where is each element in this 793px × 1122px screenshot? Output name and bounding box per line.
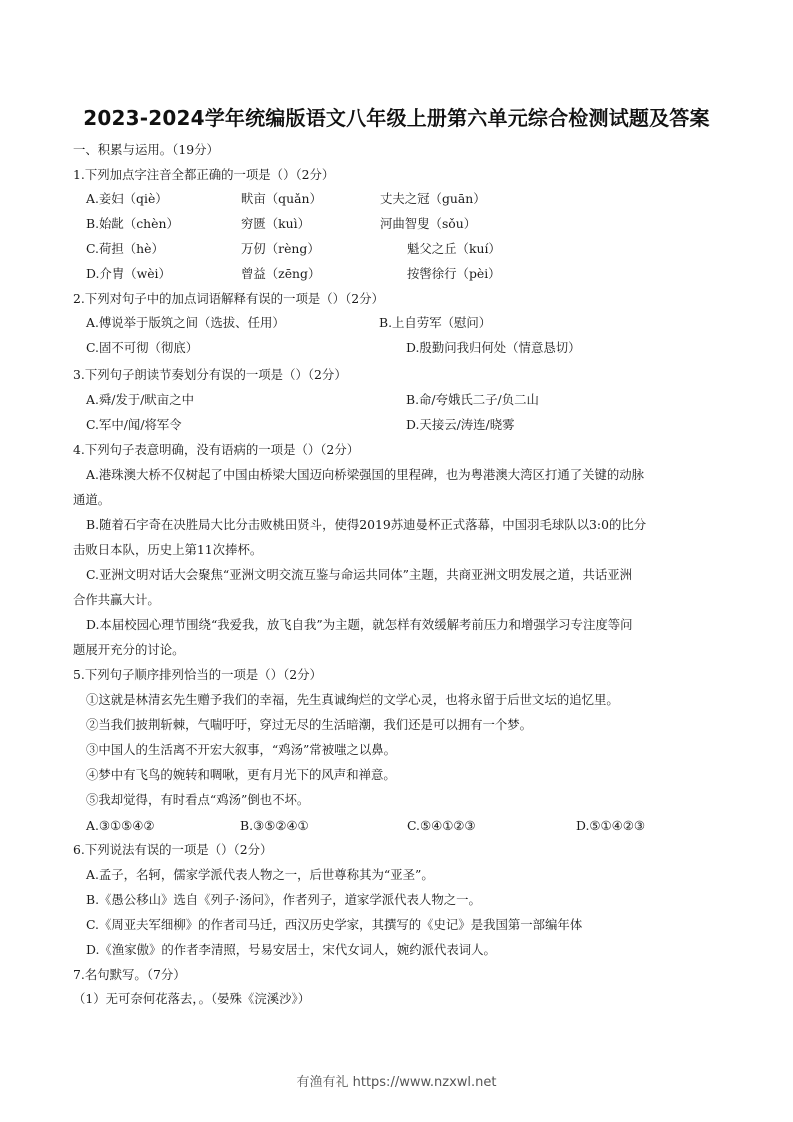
q1-option-a-3: 丈夫之冠（guān） — [380, 191, 486, 207]
q5-option-d: D.⑤①④②③ — [576, 818, 645, 834]
q4-option-c-cont: 合作共赢大计。 — [73, 592, 160, 608]
q1-row-d: D.介胄（wèi） 曾益（zēng） 按辔徐行（pèi） — [86, 266, 746, 282]
q1-option-c-2: 万仞（rèng） — [241, 241, 320, 257]
q1-option-a: A.妾妇（qiè） — [86, 191, 168, 207]
q5-sentence-2: ②当我们披荆斩棘，气喘吁吁，穿过无尽的生活暗潮，我们还是可以拥有一个梦。 — [86, 717, 532, 733]
q2-option-d: D.殷勤问我归何处（情意恳切） — [406, 340, 581, 356]
q4-option-c: C.亚洲文明对话大会聚焦“亚洲文明交流互鉴与命运共同体”主题，共商亚洲文明发展之… — [86, 567, 632, 583]
q5-sentence-1: ①这就是林清玄先生赠予我们的幸福，先生真诚绚烂的文学心灵，也将永留于后世文坛的追… — [86, 692, 619, 708]
q3-option-c: C.军中/闻/将军令 — [86, 417, 182, 433]
question-6-stem: 6.下列说法有误的一项是（）（2分） — [73, 842, 272, 858]
question-4-stem: 4.下列句子表意明确，没有语病的一项是（）（2分） — [73, 442, 359, 458]
question-5-stem: 5.下列句子顺序排列恰当的一项是（）（2分） — [73, 667, 322, 683]
q1-option-b: B.始龀（chèn） — [86, 216, 179, 232]
q1-option-c: C.荷担（hè） — [86, 241, 164, 257]
q6-option-d: D.《渔家傲》的作者李清照，号易安居士，宋代女词人，婉约派代表词人。 — [86, 942, 496, 958]
q1-row-c: C.荷担（hè） 万仞（rèng） 魁父之丘（kuí） — [86, 241, 746, 257]
q5-sentence-3: ③中国人的生活离不开宏大叙事，“鸡汤”常被嗤之以鼻。 — [86, 742, 396, 758]
q3-option-d: D.天接云/涛连/晓雾 — [406, 417, 515, 433]
q3-option-b: B.命/夸娥氏二子/负二山 — [406, 392, 539, 408]
q1-option-c-3: 魁父之丘（kuí） — [407, 241, 501, 257]
q6-option-b: B.《愚公移山》选自《列子·汤问》，作者列子，道家学派代表人物之一。 — [86, 892, 481, 908]
q4-option-a-cont: 通道。 — [73, 492, 110, 508]
q1-row-b: B.始龀（chèn） 穷匮（kuì） 河曲智叟（sǒu） — [86, 216, 746, 232]
q6-option-a: A.孟子，名轲，儒家学派代表人物之一，后世尊称其为“亚圣”。 — [86, 867, 434, 883]
q4-option-a: A.港珠澳大桥不仅树起了中国由桥梁大国迈向桥梁强国的里程碑，也为粤港澳大湾区打通… — [86, 467, 644, 483]
question-3-stem: 3.下列句子朗读节奏划分有误的一项是（）（2分） — [73, 367, 347, 383]
q4-option-b: B.随着石宇奇在决胜局大比分击败桃田贤斗，使得2019苏迪曼杯正式落幕，中国羽毛… — [86, 517, 646, 533]
q1-option-b-3: 河曲智叟（sǒu） — [380, 216, 476, 232]
q5-option-b: B.③⑤②④① — [240, 818, 309, 834]
question-7-stem: 7.名句默写。（7分） — [73, 967, 186, 983]
question-1-stem: 1.下列加点字注音全都正确的一项是（）（2分） — [73, 167, 334, 183]
q1-option-a-2: 畎亩（quǎn） — [241, 191, 322, 207]
q2-option-b: B.上自劳军（慰问） — [379, 315, 491, 331]
question-2-stem: 2.下列对句子中的加点词语解释有误的一项是（）（2分） — [73, 291, 384, 307]
q6-option-c: C.《周亚夫军细柳》的作者司马迁，西汉历史学家，其撰写的《史记》是我国第一部编年… — [86, 917, 582, 933]
q4-option-b-cont: 击败日本队，历史上第11次捧杯。 — [73, 542, 262, 558]
q5-option-c: C.⑤④①②③ — [407, 818, 476, 834]
q1-option-d-3: 按辔徐行（pèi） — [407, 266, 501, 282]
q2-option-c: C.固不可彻（彻底） — [86, 340, 198, 356]
document-page: 2023-2024学年统编版语文八年级上册第六单元综合检测试题及答案 一、积累与… — [0, 0, 793, 1122]
q1-option-d-2: 曾益（zēng） — [241, 266, 320, 282]
q4-option-d: D.本届校园心理节围绕“我爱我，放飞自我”为主题，就怎样有效缓解考前压力和增强学… — [86, 617, 633, 633]
q5-sentence-4: ④梦中有飞鸟的婉转和啁啾，更有月光下的风声和禅意。 — [86, 767, 396, 783]
section-heading: 一、积累与运用。（19分） — [73, 142, 219, 158]
q3-option-a: A.舜/发于/畎亩之中 — [86, 392, 194, 408]
q4-option-d-cont: 题展开充分的讨论。 — [73, 642, 185, 658]
page-title: 2023-2024学年统编版语文八年级上册第六单元综合检测试题及答案 — [0, 102, 793, 131]
footer-watermark: 有渔有礼 https://www.nzxwl.net — [0, 1071, 793, 1090]
q1-option-d: D.介胄（wèi） — [86, 266, 171, 282]
q7-item-1: （1）无可奈何花落去，。（晏殊《浣溪沙》） — [73, 991, 310, 1007]
q1-option-b-2: 穷匮（kuì） — [241, 216, 310, 232]
q5-sentence-5: ⑤我却觉得，有时看点“鸡汤”倒也不坏。 — [86, 792, 309, 808]
q1-row-a: A.妾妇（qiè） 畎亩（quǎn） 丈夫之冠（guān） — [86, 191, 746, 207]
q2-option-a: A.傅说举于版筑之间（选拔、任用） — [86, 315, 285, 331]
q5-option-a: A.③①⑤④② — [86, 818, 154, 834]
